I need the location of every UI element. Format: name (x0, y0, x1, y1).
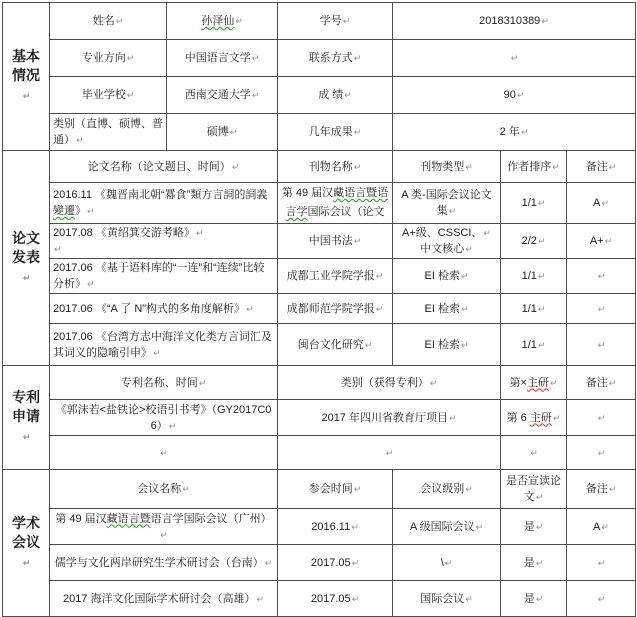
header-patent-name[interactable]: 专利名称、时间↵ (50, 366, 278, 400)
cell-patent-type[interactable]: ↵ (278, 436, 501, 470)
cell-researcher-order[interactable]: ↵ (501, 436, 567, 470)
cell-years-value[interactable]: 2 年↵ (393, 114, 636, 151)
column-header: 备注 (586, 377, 608, 389)
cell-paper-title[interactable]: 2016.11 《魏晋南北朝“羃食”類方言詞的詞義變遷》↵ (50, 183, 278, 224)
column-header: 备注 (586, 483, 608, 495)
cell-school-label[interactable]: 毕业学校↵ (50, 77, 167, 114)
paragraph-mark-icon: ↵ (265, 558, 273, 568)
paragraph-mark-icon: ↵ (536, 492, 544, 502)
paragraph-mark-icon: ↵ (354, 53, 362, 63)
cell-studentid-label[interactable]: 学号↵ (278, 3, 393, 40)
journal-name: 第 49 届汉 (282, 187, 333, 199)
header-presented[interactable]: 是否宣读论文↵ (501, 470, 567, 509)
paragraph-mark-icon: ↵ (598, 558, 606, 568)
conference-time: 2017.05 (311, 593, 351, 605)
presented-value: 是 (524, 557, 535, 569)
paragraph-mark-icon: ↵ (23, 558, 31, 568)
cell-conference-time[interactable]: 2017.05↵ (278, 545, 393, 581)
table-row: 2017 海洋文化国际学术研讨会（高雄）↵ 2017.05↵ 国际会议↵ 是↵ … (3, 581, 636, 614)
header-conference-level[interactable]: 会议级别↵ (393, 470, 501, 509)
paragraph-mark-icon: ↵ (376, 271, 384, 281)
table-row: 专利申请↵ 专利名称、时间↵ 类别（获得专利）↵ 第×主研↵ 备注↵ (3, 366, 636, 400)
paragraph-mark-icon: ↵ (601, 198, 609, 208)
cell-conference-name[interactable]: 儒学与文化两岸研究生学术研讨会（台南）↵ (50, 545, 278, 581)
paragraph-mark-icon: ↵ (196, 228, 204, 238)
paragraph-mark-icon: ↵ (461, 304, 469, 314)
journal-type: A+级、CSSCI、 (402, 227, 482, 239)
cell-conference-level[interactable]: \↵ (393, 545, 501, 581)
major-value: 中国语言文学 (185, 52, 251, 64)
journal-name: 国际会议（论文 (308, 206, 385, 218)
paragraph-mark-icon: ↵ (343, 16, 351, 26)
column-header: 作者排序 (507, 161, 551, 173)
paragraph-mark-icon: ↵ (598, 448, 606, 458)
table-row: 2017.06 《基于语料库的“一连”和“连续”比较分析》↵ 成都工业学院学报↵… (3, 259, 636, 294)
cell-journal[interactable]: 成都师范学院学报↵ (278, 294, 393, 324)
paragraph-mark-icon: ↵ (609, 378, 617, 388)
paragraph-mark-icon: ↵ (232, 162, 240, 172)
cell-conference-name[interactable]: 第 49 届汉藏语言暨语言学国际会议（广州）↵ (50, 509, 278, 545)
cell-note[interactable]: ↵ (567, 545, 636, 581)
cell-author-order[interactable]: 1/1↵ (501, 183, 567, 224)
cell-contact-value[interactable]: ↵ (393, 40, 636, 77)
cell-journal-type[interactable]: A 类-国际会议论文集↵ (393, 183, 501, 224)
paragraph-mark-icon: ↵ (445, 558, 453, 568)
cell-score-value[interactable]: 90↵ (393, 77, 636, 114)
journal-type: EI 检索 (425, 303, 460, 315)
papers-table: 论文发表↵ 论文名称（论文题目、时间）↵ 刊物名称↵ 刊物类型↵ 作者排序↵ 备… (2, 150, 636, 366)
cell-researcher-order[interactable]: 第 6 主研↵ (501, 400, 567, 436)
paragraph-mark-icon: ↵ (153, 348, 161, 358)
table-row: 基本情况↵ 姓名↵ 孙泽仙↵ 学号↵ 2018310389↵ (3, 3, 636, 40)
header-note[interactable]: 备注↵ (567, 151, 636, 183)
cell-patent-type[interactable]: 2017 年四川省教育厅项目↵ (278, 400, 501, 436)
paragraph-mark-icon: ↵ (536, 594, 544, 604)
journal-name: 成都师范学院学报 (287, 303, 375, 315)
researcher-order: 第 6 (507, 412, 530, 424)
cell-journal[interactable]: 第 49 届汉藏语言暨语言学国际会议（论文 (278, 183, 393, 224)
paragraph-mark-icon: ↵ (609, 484, 617, 494)
paragraph-mark-icon: ↵ (354, 236, 362, 246)
cell-conference-level[interactable]: A 级国际会议↵ (393, 509, 501, 545)
score-value: 90 (504, 89, 516, 101)
table-row: 2017.06 《台湾方志中海洋文化类方言词汇及其词义的隐喻引申》↵ 闽台文化研… (3, 324, 636, 366)
paragraph-mark-icon: ↵ (54, 244, 62, 254)
column-header: 刊物类型 (420, 161, 464, 173)
header-patent-type[interactable]: 类别（获得专利）↵ (278, 366, 501, 400)
section-label-text: 基本情况 (12, 48, 40, 83)
paragraph-mark-icon: ↵ (252, 90, 260, 100)
author-order: 2/2 (522, 235, 537, 247)
paragraph-mark-icon: ↵ (465, 484, 473, 494)
cell-conference-level[interactable]: 国际会议↵ (393, 581, 501, 614)
table-row: 毕业学校↵ 西南交通大学↵ 成 绩↵ 90↵ (3, 77, 636, 114)
paragraph-mark-icon: ↵ (352, 594, 360, 604)
column-header: 论文名称（论文题目、时间） (88, 161, 231, 173)
field-label: 学号 (320, 15, 342, 27)
paragraph-mark-icon: ↵ (230, 127, 238, 137)
table-row: 学术会议↵ 会议名称↵ 参会时间↵ 会议级别↵ 是否宣读论文↵ 备注↵ (3, 470, 636, 509)
conference-time: 2016.11 (311, 521, 350, 533)
cell-patent-name[interactable]: 《郭沫若<盐铁论>校语引书考》（GY2017C06）↵ (50, 400, 278, 436)
paragraph-mark-icon: ↵ (351, 522, 359, 532)
cell-author-order[interactable]: 1/1↵ (501, 324, 567, 366)
student-name: 孙泽仙 (201, 15, 234, 27)
section-label-text: 论文发表 (12, 230, 40, 265)
column-header: 参会时间 (309, 483, 353, 495)
conferences-table: 学术会议↵ 会议名称↵ 参会时间↵ 会议级别↵ 是否宣读论文↵ 备注↵ 第 49… (2, 469, 636, 613)
paragraph-mark-icon: ↵ (541, 16, 549, 26)
cell-paper-title[interactable]: 2017.08 《黄绍箕交游考略》↵↵ (50, 224, 278, 259)
conference-name: 2017 海洋文化国际学术研讨会（高雄） (63, 593, 256, 605)
paragraph-mark-icon: ↵ (430, 378, 438, 388)
presented-value: 是 (524, 593, 535, 605)
paragraph-mark-icon: ↵ (536, 558, 544, 568)
cell-note[interactable]: ↵ (567, 294, 636, 324)
paragraph-mark-icon: ↵ (386, 448, 394, 458)
cell-note[interactable]: A+↵ (567, 224, 636, 259)
journal-name: 闽台文化研究 (298, 339, 364, 351)
paragraph-mark-icon: ↵ (169, 421, 177, 431)
paragraph-mark-icon: ↵ (127, 90, 135, 100)
paragraph-mark-icon: ↵ (344, 90, 352, 100)
cell-category-label[interactable]: 类别（直博、硕博、普通）↵ (50, 114, 167, 151)
paragraph-mark-icon: ↵ (449, 206, 457, 216)
cell-contact-label[interactable]: 联系方式↵ (278, 40, 393, 77)
paragraph-mark-icon: ↵ (23, 273, 31, 283)
journal-type: EI 检索 (425, 339, 460, 351)
column-header: 是否宣读论文 (506, 475, 561, 503)
cell-years-label[interactable]: 几年成果↵ (278, 114, 393, 151)
column-header: 类别（获得专利） (341, 377, 429, 389)
cell-journal-type[interactable]: EI 检索↵ (393, 259, 501, 294)
section-label-patents[interactable]: 专利申请↵ (3, 366, 50, 470)
patents-table: 专利申请↵ 专利名称、时间↵ 类别（获得专利）↵ 第×主研↵ 备注↵ 《郭沫若<… (2, 365, 636, 470)
cell-journal-type[interactable]: EI 检索↵ (393, 294, 501, 324)
paragraph-mark-icon: ↵ (365, 340, 373, 350)
section-label-basic[interactable]: 基本情况↵ (3, 3, 50, 151)
cell-journal-type[interactable]: A+级、CSSCI、↵中文核心↵ (393, 224, 501, 259)
cell-paper-title[interactable]: 2017.06 《台湾方志中海洋文化类方言词汇及其词义的隐喻引申》↵ (50, 324, 278, 366)
cell-journal[interactable]: 闽台文化研究↵ (278, 324, 393, 366)
section-label-text: 学术会议 (12, 515, 40, 550)
category-value: 硕博 (207, 126, 229, 138)
cell-note[interactable]: A↵ (567, 509, 636, 545)
cell-journal[interactable]: 成都工业学院学报↵ (278, 259, 393, 294)
journal-name: 成都工业学院学报 (287, 270, 375, 282)
note-value: A+ (590, 235, 604, 247)
field-label: 几年成果 (309, 126, 353, 138)
field-label: 毕业学校 (82, 89, 126, 101)
conference-level: 国际会议 (420, 593, 464, 605)
header-journal-type[interactable]: 刊物类型↵ (393, 151, 501, 183)
paragraph-mark-icon: ↵ (598, 594, 606, 604)
paragraph-mark-icon: ↵ (87, 206, 95, 216)
cell-note[interactable]: ↵ (567, 436, 636, 470)
presented-value: 是 (524, 521, 535, 533)
paragraph-mark-icon: ↵ (538, 304, 546, 314)
author-order: 1/1 (522, 303, 537, 315)
cell-author-order[interactable]: 1/1↵ (501, 259, 567, 294)
field-label: 类别（直博、硕博、普通） (53, 118, 163, 146)
journal-type: EI 检索 (425, 270, 460, 282)
paragraph-mark-icon: ↵ (550, 378, 558, 388)
table-row: 论文发表↵ 论文名称（论文题目、时间）↵ 刊物名称↵ 刊物类型↵ 作者排序↵ 备… (3, 151, 636, 183)
cell-paper-title[interactable]: 2017.06 《基于语料库的“一连”和“连续”比较分析》↵ (50, 259, 278, 294)
cell-conference-time[interactable]: 2017.05↵ (278, 581, 393, 614)
note-value: A (593, 197, 600, 209)
conference-level: \ (441, 557, 444, 569)
paragraph-mark-icon: ↵ (609, 162, 617, 172)
header-researcher-order[interactable]: 第×主研↵ (501, 366, 567, 400)
cell-author-order[interactable]: 2/2↵ (501, 224, 567, 259)
patent-type: 2017 年四川省教育厅项目 (321, 412, 448, 424)
paragraph-mark-icon: ↵ (536, 522, 544, 532)
paragraph-mark-icon: ↵ (246, 304, 254, 314)
header-author-order[interactable]: 作者排序↵ (501, 151, 567, 183)
section-label-papers[interactable]: 论文发表↵ (3, 151, 50, 366)
paragraph-mark-icon: ↵ (605, 236, 613, 246)
cell-major-value[interactable]: 中国语言文学↵ (167, 40, 278, 77)
paragraph-mark-icon: ↵ (465, 244, 473, 254)
cell-name-value[interactable]: 孙泽仙↵ (167, 3, 278, 40)
header-journal[interactable]: 刊物名称↵ (278, 151, 393, 183)
paragraph-mark-icon: ↵ (521, 127, 529, 137)
cell-school-value[interactable]: 西南交通大学↵ (167, 77, 278, 114)
cell-note[interactable]: ↵ (567, 581, 636, 614)
header-note[interactable]: 备注↵ (567, 470, 636, 509)
paper-title: 2017.06 《台湾方志中海洋文化类方言词汇及其词义的隐喻引申》 (53, 331, 272, 359)
paragraph-mark-icon: ↵ (538, 236, 546, 246)
table-row: 2016.11 《魏晋南北朝“羃食”類方言詞的詞義變遷》↵ 第 49 届汉藏语言… (3, 183, 636, 224)
author-order: 1/1 (522, 197, 537, 209)
header-conference-name[interactable]: 会议名称↵ (50, 470, 278, 509)
column-header: 会议名称 (137, 483, 181, 495)
paragraph-mark-icon: ↵ (552, 162, 560, 172)
cell-major-label[interactable]: 专业方向↵ (50, 40, 167, 77)
paragraph-mark-icon: ↵ (483, 228, 491, 238)
paragraph-mark-icon: ↵ (76, 135, 84, 145)
section-label-text: 专利申请 (12, 389, 40, 424)
cell-presented[interactable]: 是↵ (501, 545, 567, 581)
paragraph-mark-icon: ↵ (538, 271, 546, 281)
column-header: 专利名称、时间 (121, 377, 198, 389)
header-conference-time[interactable]: 参会时间↵ (278, 470, 393, 509)
note-value: A (593, 521, 600, 533)
paragraph-mark-icon: ↵ (538, 340, 546, 350)
author-order: 1/1 (522, 270, 537, 282)
cell-presented[interactable]: 是↵ (501, 509, 567, 545)
journal-type: A 类-国际会议论文集 (401, 189, 491, 217)
cell-note[interactable]: ↵ (567, 400, 636, 436)
cell-presented[interactable]: 是↵ (501, 581, 567, 614)
paragraph-mark-icon: ↵ (465, 594, 473, 604)
cell-conference-time[interactable]: 2016.11↵ (278, 509, 393, 545)
paragraph-mark-icon: ↵ (461, 340, 469, 350)
table-row: ↵ ↵ ↵ ↵ (3, 436, 636, 470)
paragraph-mark-icon: ↵ (598, 271, 606, 281)
conference-name: 语言学国际会议（广州） (151, 513, 272, 525)
journal-name: 中国书法 (309, 235, 353, 247)
paragraph-mark-icon: ↵ (352, 558, 360, 568)
cell-author-order[interactable]: 1/1↵ (501, 294, 567, 324)
paragraph-mark-icon: ↵ (354, 127, 362, 137)
paragraph-mark-icon: ↵ (465, 162, 473, 172)
paragraph-mark-icon: ↵ (252, 53, 260, 63)
table-row: 儒学与文化两岸研究生学术研讨会（台南）↵ 2017.05↵ \↵ 是↵ ↵ (3, 545, 636, 581)
paragraph-mark-icon: ↵ (449, 413, 457, 423)
field-label: 联系方式 (309, 52, 353, 64)
patent-name: 《郭沫若<盐铁论>校语引书考》（GY2017C06） (56, 404, 272, 432)
column-header: 刊物名称 (309, 161, 353, 173)
cell-score-label[interactable]: 成 绩↵ (278, 77, 393, 114)
paragraph-mark-icon: ↵ (476, 522, 484, 532)
years-value: 2 年 (500, 126, 520, 138)
paragraph-mark-icon: ↵ (538, 198, 546, 208)
table-row: 《郭沫若<盐铁论>校语引书考》（GY2017C06）↵ 2017 年四川省教育厅… (3, 400, 636, 436)
paper-title: 2017.06 《“A 了 N”构式的多角度解析》 (53, 303, 245, 315)
column-header: 会议级别 (420, 483, 464, 495)
table-row: 类别（直博、硕博、普通）↵ 硕博↵ 几年成果↵ 2 年↵ (3, 114, 636, 151)
cell-note[interactable]: ↵ (567, 259, 636, 294)
conference-name-flagged: 藏语言暨 (107, 513, 151, 525)
paper-title: 2017.06 《基于语料库的“一连”和“连续”比较分析》 (53, 262, 264, 290)
paragraph-mark-icon: ↵ (23, 432, 31, 442)
table-row: 第 49 届汉藏语言暨语言学国际会议（广州）↵ 2016.11↵ A 级国际会议… (3, 509, 636, 545)
paragraph-mark-icon: ↵ (376, 304, 384, 314)
author-order: 1/1 (522, 339, 537, 351)
paragraph-mark-icon: ↵ (354, 162, 362, 172)
conference-level: A 级国际会议 (410, 521, 475, 533)
school-value: 西南交通大学 (185, 89, 251, 101)
field-label: 专业方向 (82, 52, 126, 64)
column-header: 备注 (586, 161, 608, 173)
paragraph-mark-icon: ↵ (511, 53, 519, 63)
paragraph-mark-icon: ↵ (160, 530, 168, 540)
paragraph-mark-icon: ↵ (553, 413, 561, 423)
column-header-flagged: 主研 (527, 377, 549, 389)
cell-note[interactable]: A↵ (567, 183, 636, 224)
paper-title: 2016.11 《魏晋南北朝“羃食”類方言詞的詞義 (53, 189, 267, 201)
column-header: 第× (510, 377, 527, 389)
conference-name: 儒学与文化两岸研究生学术研讨会（台南） (55, 557, 264, 569)
table-row: 2017.08 《黄绍箕交游考略》↵↵ 中国书法↵ A+级、CSSCI、↵中文核… (3, 224, 636, 259)
cell-paper-title[interactable]: 2017.06 《“A 了 N”构式的多角度解析》↵ (50, 294, 278, 324)
header-paper-title[interactable]: 论文名称（论文题目、时间）↵ (50, 151, 278, 183)
paragraph-mark-icon: ↵ (87, 279, 95, 289)
field-label: 成 绩 (318, 89, 343, 101)
cell-journal-type[interactable]: EI 检索↵ (393, 324, 501, 366)
paper-title: 2017.08 《黄绍箕交游考略》 (53, 227, 195, 239)
paragraph-mark-icon: ↵ (598, 304, 606, 314)
cell-name-label[interactable]: 姓名↵ (50, 3, 167, 40)
table-row: 专业方向↵ 中国语言文学↵ 联系方式↵ ↵ (3, 40, 636, 77)
paragraph-mark-icon: ↵ (235, 16, 243, 26)
word-document-table: 基本情况↵ 姓名↵ 孙泽仙↵ 学号↵ 2018310389↵ 专业方向↵ 中国语… (2, 2, 636, 613)
conference-name: 第 49 届汉 (55, 513, 106, 525)
researcher-order-flagged: 主研 (530, 412, 552, 424)
table-row: 2017.06 《“A 了 N”构式的多角度解析》↵ 成都师范学院学报↵ EI … (3, 294, 636, 324)
paragraph-mark-icon: ↵ (354, 484, 362, 494)
section-label-conferences[interactable]: 学术会议↵ (3, 470, 50, 614)
paragraph-mark-icon: ↵ (23, 91, 31, 101)
paragraph-mark-icon: ↵ (601, 522, 609, 532)
paragraph-mark-icon: ↵ (517, 90, 525, 100)
header-note[interactable]: 备注↵ (567, 366, 636, 400)
cell-category-value[interactable]: 硕博↵ (167, 114, 278, 151)
cell-studentid-value[interactable]: 2018310389↵ (393, 3, 636, 40)
paragraph-mark-icon: ↵ (127, 53, 135, 63)
paragraph-mark-icon: ↵ (598, 413, 606, 423)
paragraph-mark-icon: ↵ (116, 16, 124, 26)
paragraph-mark-icon: ↵ (256, 594, 264, 604)
basic-info-table: 基本情况↵ 姓名↵ 孙泽仙↵ 学号↵ 2018310389↵ 专业方向↵ 中国语… (2, 2, 636, 151)
paragraph-mark-icon: ↵ (160, 448, 168, 458)
paper-title-flagged: 變遷 (53, 205, 75, 217)
cell-patent-name[interactable]: ↵ (50, 436, 278, 470)
journal-type: 中文核心 (420, 243, 464, 255)
field-label: 姓名 (93, 15, 115, 27)
cell-note[interactable]: ↵ (567, 324, 636, 366)
paragraph-mark-icon: ↵ (598, 340, 606, 350)
paragraph-mark-icon: ↵ (199, 378, 207, 388)
paragraph-mark-icon: ↵ (530, 448, 538, 458)
student-id: 2018310389 (479, 15, 540, 27)
cell-conference-name[interactable]: 2017 海洋文化国际学术研讨会（高雄）↵ (50, 581, 278, 614)
paragraph-mark-icon: ↵ (182, 484, 190, 494)
paper-title: 》 (75, 205, 86, 217)
conference-time: 2017.05 (311, 557, 351, 569)
paragraph-mark-icon: ↵ (461, 271, 469, 281)
cell-journal[interactable]: 中国书法↵ (278, 224, 393, 259)
